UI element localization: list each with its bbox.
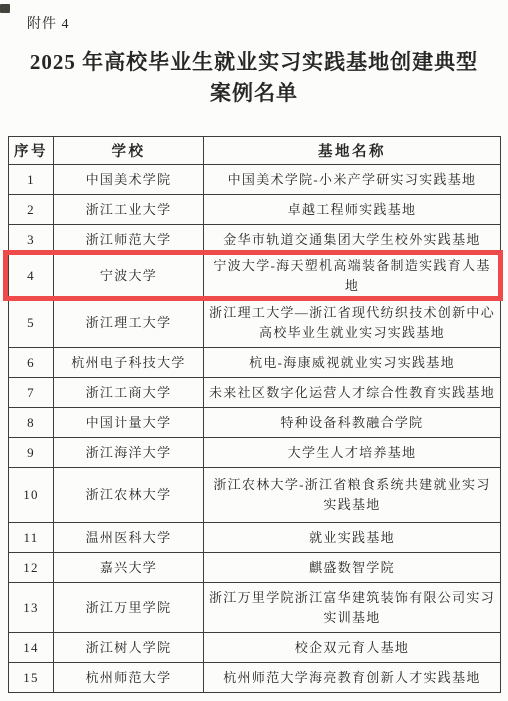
- cell-num: 7: [9, 378, 54, 408]
- cell-num: 9: [9, 438, 54, 468]
- cell-school: 浙江农林大学: [54, 468, 204, 523]
- cell-school: 杭州师范大学: [54, 663, 204, 693]
- cell-num: 13: [9, 583, 54, 633]
- table-row: 5 浙江理工大学 浙江理工大学—浙江省现代纺织技术创新中心高校毕业生就业实习实践…: [9, 298, 501, 348]
- cell-school: 浙江万里学院: [54, 583, 204, 633]
- cell-school: 宁波大学: [54, 255, 204, 298]
- table-row: 13 浙江万里学院 浙江万里学院浙江富华建筑装饰有限公司实习实训基地: [9, 583, 501, 633]
- cell-school: 浙江工商大学: [54, 378, 204, 408]
- cell-base: 浙江农林大学-浙江省粮食系统共建就业实习实践基地: [204, 468, 501, 523]
- table-row: 3 浙江师范大学 金华市轨道交通集团大学生校外实践基地: [9, 225, 501, 255]
- cell-school: 中国美术学院: [54, 165, 204, 195]
- cell-school: 浙江师范大学: [54, 225, 204, 255]
- page-title: 2025 年高校毕业生就业实习实践基地创建典型 案例名单: [0, 47, 508, 109]
- cell-school: 浙江工业大学: [54, 195, 204, 225]
- table-row: 7 浙江工商大学 未来社区数字化运营人才综合性教育实践基地: [9, 378, 501, 408]
- cell-school: 浙江理工大学: [54, 298, 204, 348]
- base-list-table: 序号 学校 基地名称 1 中国美术学院 中国美术学院-小米产学研实习实践基地 2…: [8, 136, 501, 693]
- cell-school: 杭州电子科技大学: [54, 348, 204, 378]
- cell-num: 14: [9, 633, 54, 663]
- cell-school: 浙江树人学院: [54, 633, 204, 663]
- cell-base: 杭电-海康威视就业实习实践基地: [204, 348, 501, 378]
- cell-num: 11: [9, 523, 54, 553]
- table-header-row: 序号 学校 基地名称: [9, 137, 501, 165]
- cell-base: 未来社区数字化运营人才综合性教育实践基地: [204, 378, 501, 408]
- cell-base: 杭州师范大学海亮教育创新人才实践基地: [204, 663, 501, 693]
- table-row: 2 浙江工业大学 卓越工程师实践基地: [9, 195, 501, 225]
- cell-num: 5: [9, 298, 54, 348]
- table-row: 12 嘉兴大学 麒盛数智学院: [9, 553, 501, 583]
- table-row: 1 中国美术学院 中国美术学院-小米产学研实习实践基地: [9, 165, 501, 195]
- cell-school: 嘉兴大学: [54, 553, 204, 583]
- cell-base: 大学生人才培养基地: [204, 438, 501, 468]
- table-row: 6 杭州电子科技大学 杭电-海康威视就业实习实践基地: [9, 348, 501, 378]
- table-row: 8 中国计量大学 特种设备科教融合学院: [9, 408, 501, 438]
- cell-base: 浙江万里学院浙江富华建筑装饰有限公司实习实训基地: [204, 583, 501, 633]
- cell-num: 2: [9, 195, 54, 225]
- cell-school: 温州医科大学: [54, 523, 204, 553]
- cell-base: 就业实践基地: [204, 523, 501, 553]
- cell-num: 4: [9, 255, 54, 298]
- cell-num: 1: [9, 165, 54, 195]
- col-header-school: 学校: [54, 137, 204, 165]
- cell-base: 中国美术学院-小米产学研实习实践基地: [204, 165, 501, 195]
- cell-base: 宁波大学-海天塑机高端装备制造实践育人基地: [204, 255, 501, 298]
- cell-base: 特种设备科教融合学院: [204, 408, 501, 438]
- cell-num: 10: [9, 468, 54, 523]
- cell-base: 麒盛数智学院: [204, 553, 501, 583]
- page-title-line1: 2025 年高校毕业生就业实习实践基地创建典型: [0, 47, 508, 78]
- table-row: 9 浙江海洋大学 大学生人才培养基地: [9, 438, 501, 468]
- cell-school: 浙江海洋大学: [54, 438, 204, 468]
- table-row: 11 温州医科大学 就业实践基地: [9, 523, 501, 553]
- table-row: 10 浙江农林大学 浙江农林大学-浙江省粮食系统共建就业实习实践基地: [9, 468, 501, 523]
- cell-base: 卓越工程师实践基地: [204, 195, 501, 225]
- table-row-highlighted: 4 宁波大学 宁波大学-海天塑机高端装备制造实践育人基地: [9, 255, 501, 298]
- cell-num: 3: [9, 225, 54, 255]
- col-header-base: 基地名称: [204, 137, 501, 165]
- col-header-num: 序号: [9, 137, 54, 165]
- cell-num: 8: [9, 408, 54, 438]
- cell-num: 12: [9, 553, 54, 583]
- cell-base: 金华市轨道交通集团大学生校外实践基地: [204, 225, 501, 255]
- table-row: 14 浙江树人学院 校企双元育人基地: [9, 633, 501, 663]
- cell-school: 中国计量大学: [54, 408, 204, 438]
- scan-artifact: [0, 4, 10, 13]
- page-title-line2: 案例名单: [0, 78, 508, 109]
- attachment-label: 附件 4: [27, 13, 70, 33]
- cell-num: 6: [9, 348, 54, 378]
- cell-base: 校企双元育人基地: [204, 633, 501, 663]
- cell-num: 15: [9, 663, 54, 693]
- cell-base: 浙江理工大学—浙江省现代纺织技术创新中心高校毕业生就业实习实践基地: [204, 298, 501, 348]
- table-row: 15 杭州师范大学 杭州师范大学海亮教育创新人才实践基地: [9, 663, 501, 693]
